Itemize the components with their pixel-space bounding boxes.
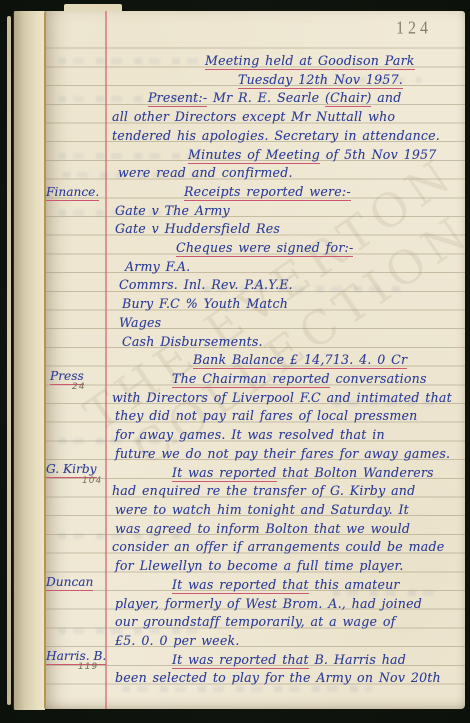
line-text: for away games. It was resolved that in	[115, 427, 385, 442]
minute-line: were to watch him tonight and Saturday. …	[0, 501, 470, 520]
line-text: and	[371, 90, 401, 105]
line-text: Bank Balance £ 14,713. 4. 0 Cr	[193, 352, 407, 369]
line-text: for Llewellyn to become a full time play…	[115, 558, 404, 573]
line-text: that Bolton Wanderers	[277, 465, 434, 480]
line-text: Army F.A.	[125, 259, 190, 274]
line-text: Cash Disbursements.	[122, 334, 263, 349]
line-text: conversations	[330, 371, 427, 386]
minute-line: had enquired re the transfer of G. Kirby…	[0, 482, 470, 501]
line-text: Bury F.C % Youth Match	[122, 296, 288, 311]
line-text: £5. 0. 0 per week.	[115, 633, 240, 648]
line-text: they did not pay rail fares of local pre…	[115, 408, 417, 423]
line-text: future we do not pay their fares for awa…	[115, 446, 450, 461]
line-text: Gate v The Army	[115, 203, 230, 218]
minute-line: Commrs. Inl. Rev. P.A.Y.E.468. 4. 0	[0, 276, 470, 295]
minute-line: for away games. It was resolved that in	[0, 426, 470, 445]
line-text: tendered his apologies. Secretary in att…	[112, 128, 440, 143]
minute-line: It was reported that Bolton Wanderers	[0, 464, 470, 483]
line-text: had enquired re the transfer of G. Kirby…	[112, 483, 415, 498]
minute-line: Army F.A.420. 0. 0	[0, 258, 470, 277]
minute-line: been selected to play for the Army on No…	[0, 669, 470, 688]
line-text: B. Harris had	[309, 652, 406, 667]
line-text: Mr R. E. Searle	[207, 90, 325, 105]
minute-line: It was reported that this amateur	[0, 576, 470, 595]
line-text: Tuesday 12th Nov 1957.	[238, 72, 403, 89]
minute-line: tendered his apologies. Secretary in att…	[0, 127, 470, 146]
minute-line: £5. 0. 0 per week.	[0, 632, 470, 651]
line-text: Cheques were signed for:-	[176, 240, 353, 257]
minute-line: for Llewellyn to become a full time play…	[0, 557, 470, 576]
line-text: been selected to play for the Army on No…	[115, 670, 441, 685]
minute-line: player, formerly of West Brom. A., had j…	[0, 595, 470, 614]
minute-line: Present:- Mr R. E. Searle (Chair) and	[0, 89, 470, 108]
minute-line: It was reported that B. Harris had	[0, 651, 470, 670]
page-number-stamp: 124	[396, 19, 432, 39]
minute-line: consider an offer if arrangements could …	[0, 538, 470, 557]
minute-line: Meeting held at Goodison Park	[0, 52, 470, 71]
line-text: was agreed to inform Bolton that we woul…	[115, 521, 410, 536]
line-text: Wages	[119, 315, 161, 330]
minute-line: Bank Balance £ 14,713. 4. 0 Cr	[0, 351, 470, 370]
minute-line: Gate v The Army505.10. 9	[0, 202, 470, 221]
minute-line: Minutes of Meeting of 5th Nov 1957	[0, 146, 470, 165]
minute-line: Cash Disbursements.162.16. 3	[0, 333, 470, 352]
minute-line: Receipts reported were:-	[0, 183, 470, 202]
minute-line: were read and confirmed.	[0, 164, 470, 183]
line-text: Minutes of Meeting	[188, 147, 320, 164]
minute-line: all other Directors except Mr Nuttall wh…	[0, 108, 470, 127]
line-text: all other Directors except Mr Nuttall wh…	[112, 109, 395, 124]
line-text: It was reported that	[172, 652, 309, 669]
minute-line: Cheques were signed for:-	[0, 239, 470, 258]
line-text: (Chair)	[325, 90, 372, 107]
minute-line: Bury F.C % Youth Match14.17. 3	[0, 295, 470, 314]
line-text: It was reported	[172, 465, 277, 482]
minute-line: they did not pay rail fares of local pre…	[0, 407, 470, 426]
minute-line: our groundstaff temporarily, at a wage o…	[0, 613, 470, 632]
line-text: were read and confirmed.	[118, 165, 293, 180]
minute-line: The Chairman reported conversations	[0, 370, 470, 389]
line-text: Commrs. Inl. Rev. P.A.Y.E.	[119, 277, 293, 292]
minute-line: Gate v Huddersfield Res107. 9. 6	[0, 220, 470, 239]
line-text: Present:-	[148, 90, 207, 107]
line-text: this amateur	[309, 577, 400, 592]
line-text: Receipts reported were:-	[184, 184, 351, 201]
line-text: our groundstaff temporarily, at a wage o…	[115, 614, 396, 629]
minute-line: was agreed to inform Bolton that we woul…	[0, 520, 470, 539]
line-text: with Directors of Liverpool F.C and inti…	[112, 390, 452, 405]
minute-line: with Directors of Liverpool F.C and inti…	[0, 389, 470, 408]
line-text: of 5th Nov 1957	[320, 147, 436, 162]
line-text: Meeting held at Goodison Park	[205, 53, 415, 70]
line-text: were to watch him tonight and Saturday. …	[115, 502, 409, 517]
minute-line: Wages749. 7. 4	[0, 314, 470, 333]
line-text: player, formerly of West Brom. A., had j…	[115, 596, 422, 611]
line-text: consider an offer if arrangements could …	[112, 539, 444, 554]
line-text: Gate v Huddersfield Res	[115, 221, 280, 236]
minute-line: Tuesday 12th Nov 1957.	[0, 71, 470, 90]
line-text: The Chairman reported	[172, 371, 330, 388]
minute-line: future we do not pay their fares for awa…	[0, 445, 470, 464]
line-text: It was reported that	[172, 577, 309, 594]
